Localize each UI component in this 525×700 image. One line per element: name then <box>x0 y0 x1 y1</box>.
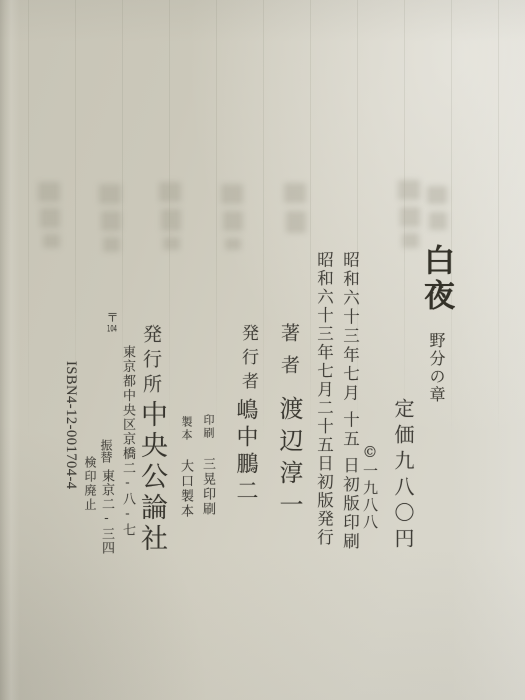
publisher-name: 嶋中鵬二 <box>234 398 256 506</box>
postal-code: 104 <box>107 325 117 334</box>
publishing-house-name: 中央公論社 <box>138 400 165 555</box>
copyright-year: ©一九八八 <box>362 443 377 531</box>
author-label: 著者 <box>279 323 298 387</box>
inspection-stamp-note: 検印廃止 <box>84 456 96 512</box>
binder-name: 大口製本 <box>179 459 192 519</box>
printing-date: 昭和六十三年七月 十五 日初版印刷 <box>341 251 358 552</box>
printer-name: 三晃印刷 <box>201 457 214 517</box>
publisher-address: 東京都中央区京橋二-八-七 <box>121 345 134 538</box>
postal-code-block: 〒104 <box>106 311 118 334</box>
publisher-label: 発行者 <box>239 324 256 396</box>
book-subtitle: 野分の章 <box>427 332 446 404</box>
price: 定価九八〇円 <box>393 398 413 554</box>
transfer-number: 東京二-三四 <box>99 469 114 555</box>
transfer-label: 振替 <box>99 439 113 463</box>
page-gutter-crease <box>0 0 20 700</box>
postal-mark: 〒 <box>105 311 119 323</box>
isbn: ISBN4-12-001704-4 <box>62 361 78 490</box>
binder-label: 製本 <box>181 416 192 442</box>
postal-transfer-block: 振替東京二-三四 <box>100 439 113 555</box>
book-title: 白夜 <box>418 244 454 314</box>
publishing-house-label: 発行所 <box>141 324 160 399</box>
author-name: 渡辺淳一 <box>277 396 301 524</box>
printer-label: 印刷 <box>203 414 214 440</box>
publication-date: 昭和六十三年七月二十五日初版発行 <box>315 251 332 547</box>
title-block: 白夜 野分の章 <box>420 244 451 404</box>
book-colophon-photo: 白夜 野分の章 定価九八〇円 ©一九八八 昭和六十三年七月 十五 日初版印刷 昭… <box>0 0 525 700</box>
